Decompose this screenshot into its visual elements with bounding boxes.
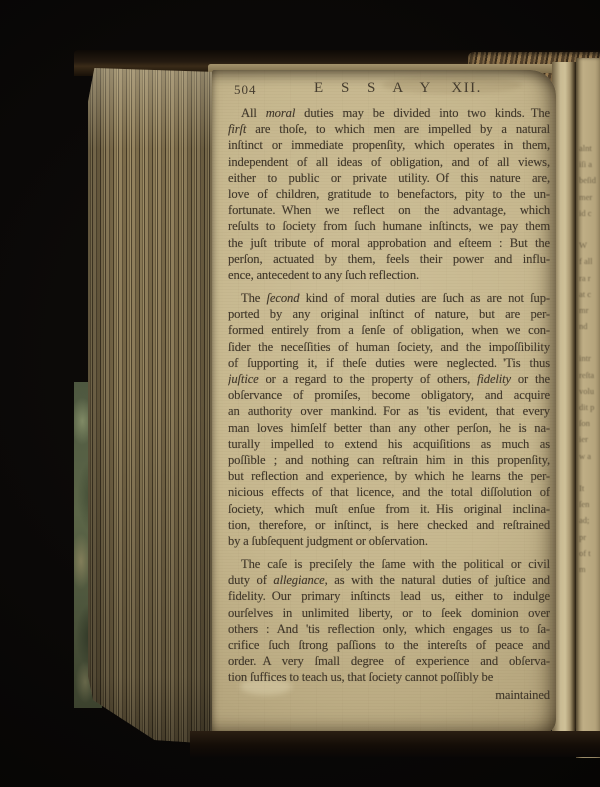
body-text: All moral duties may be divided into two… <box>228 105 550 703</box>
text-line: others : And 'tis reflection only, which… <box>228 621 550 637</box>
text-line: man loves himſelf better than any other … <box>228 420 550 436</box>
paragraph: All moral duties may be divided into two… <box>228 105 550 283</box>
facing-page-text-fragment: ad; <box>579 512 600 528</box>
facing-page-text-fragment: w a <box>579 448 600 464</box>
facing-page-text-fragment: volu <box>579 383 600 399</box>
facing-page-text-fragment: at c <box>579 286 600 302</box>
running-title-word: E S S A Y <box>314 80 437 96</box>
fore-edge-page-block <box>88 68 216 744</box>
facing-page-text-fragment: f all <box>579 253 600 269</box>
facing-page-text-fragment: iſi a <box>579 156 600 172</box>
text-line: either to public or private utility. Of … <box>228 170 550 186</box>
book-cover-bottom-edge <box>190 731 600 757</box>
facing-page-text-fragment: ſen <box>579 496 600 512</box>
text-line: an authority over mankind. For as 'tis e… <box>228 403 550 419</box>
text-line: of ſupporting it, if theſe duties were n… <box>228 355 550 371</box>
text-line: ſociety, which muſt enſue from it. His o… <box>228 501 550 517</box>
text-line: inſtinct or immediate propenſity, which … <box>228 137 550 153</box>
facing-page-text-fragment: dit p <box>579 399 600 415</box>
text-line: ence, antecedent to any ſuch reflection. <box>228 267 550 283</box>
facing-page-text-fragment: reſta <box>579 367 600 383</box>
catchword: maintained <box>228 687 550 703</box>
book-page: 504 E S S A YXII. All moral duties may b… <box>212 70 556 734</box>
facing-page-text-fragment: pr <box>579 529 600 545</box>
text-line: All moral duties may be divided into two… <box>228 105 550 121</box>
text-line: but reflection and experience, by which … <box>228 468 550 484</box>
running-title-chapter: XII. <box>451 80 482 96</box>
text-line: love of children, gratitude to benefacto… <box>228 186 550 202</box>
text-line: obſervance of promiſes, become obligator… <box>228 387 550 403</box>
text-line: ourſelves in unlimited liberty, or to ſe… <box>228 605 550 621</box>
facing-page-text-fragment: ier <box>579 431 600 447</box>
facing-page-text-fragment: intr <box>579 350 600 366</box>
text-line: tion ſuffices to teach us, that ſociety … <box>228 669 550 685</box>
facing-page-text-fragment <box>579 464 600 480</box>
facing-page-text-fragment: id c <box>579 205 600 221</box>
book-photograph: alntiſi abeſidmerid cWf allra rat cmrndi… <box>0 0 600 787</box>
facing-page-text-fragment: of t <box>579 545 600 561</box>
running-header: 504 E S S A YXII. <box>228 80 550 98</box>
text-line: formed entirely from a ſenſe of obligati… <box>228 322 550 338</box>
text-line: by a ſubſequent judgment or obſervation. <box>228 533 550 549</box>
paragraph: The ſecond kind of moral duties are ſuch… <box>228 290 550 549</box>
facing-page-text-fragment: ſon <box>579 415 600 431</box>
text-line: independent of all ideas of obligation, … <box>228 154 550 170</box>
text-line: juſtice or a regard to the property of o… <box>228 371 550 387</box>
text-line: The ſecond kind of moral duties are ſuch… <box>228 290 550 306</box>
text-line: fidelity. Our primary inſtincts lead us,… <box>228 588 550 604</box>
text-line: order. A very ſmall degree of experience… <box>228 653 550 669</box>
text-line: reſults to ſociety from ſuch humane inſt… <box>228 218 550 234</box>
paragraph: The caſe is preciſely the ſame with the … <box>228 556 550 686</box>
text-line: turally impelled to extend his acquiſiti… <box>228 436 550 452</box>
text-line: The caſe is preciſely the ſame with the … <box>228 556 550 572</box>
text-line: tion, therefore, or inſtinct, is here ch… <box>228 517 550 533</box>
text-line: perſon, actuated by them, feels their po… <box>228 251 550 267</box>
text-line: ſider the neceſſities of human ſociety, … <box>228 339 550 355</box>
facing-page-text-fragment: ra r <box>579 270 600 286</box>
text-line: firſt are thoſe, to which men are impell… <box>228 121 550 137</box>
facing-page-text-column: alntiſi abeſidmerid cWf allra rat cmrndi… <box>576 58 600 577</box>
facing-page-text-fragment: nd <box>579 318 600 334</box>
text-line: fortunate. When we reflect on the advant… <box>228 202 550 218</box>
facing-page-text-fragment: mer <box>579 189 600 205</box>
facing-page-text-fragment: W <box>579 237 600 253</box>
text-line: the juſt tribute of moral approbation an… <box>228 235 550 251</box>
facing-page-text-fragment: It <box>579 480 600 496</box>
text-line: nicious effects of that licence, and the… <box>228 484 550 500</box>
facing-page-text-fragment: mr <box>579 302 600 318</box>
facing-page-text-fragment: alnt <box>579 140 600 156</box>
facing-page-text-fragment: beſid <box>579 172 600 188</box>
facing-page-text-fragment: m <box>579 561 600 577</box>
text-line: poſſible ; and nothing can reſtrain him … <box>228 452 550 468</box>
text-line: ported by any original inſtinct of natur… <box>228 306 550 322</box>
text-line: crifice ſuch ſtrong paſſions to the inte… <box>228 637 550 653</box>
facing-page-sliver: alntiſi abeſidmerid cWf allra rat cmrndi… <box>576 58 600 758</box>
running-title: E S S A YXII. <box>228 80 568 97</box>
text-line: duty of allegiance, as with the natural … <box>228 572 550 588</box>
facing-page-text-fragment <box>579 221 600 237</box>
facing-page-text-fragment <box>579 334 600 350</box>
